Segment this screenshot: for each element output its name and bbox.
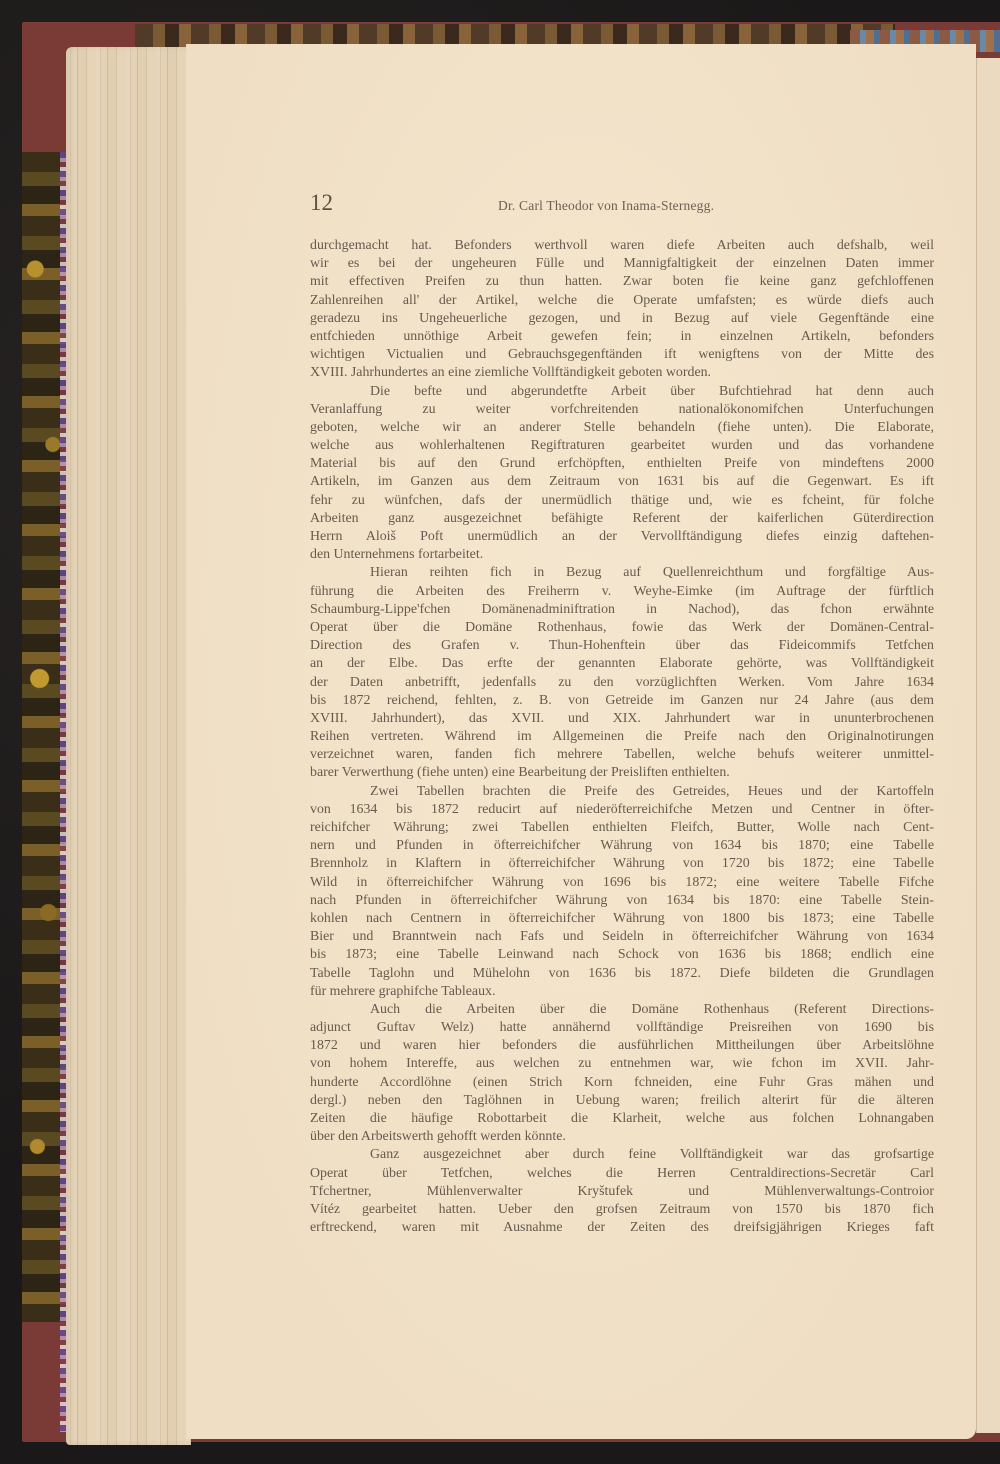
text-line: der Daten anbetrifft, jedenfalls zu den … (310, 674, 934, 692)
text-line: Tabelle Taglohn und Mühelohn von 1636 bi… (310, 965, 934, 983)
text-line: Hieran reihten fich in Bezug auf Quellen… (310, 564, 934, 582)
text-line: den Unternehmens fortarbeitet. (310, 546, 934, 564)
text-line: wir es bei der ungeheuren Fülle und Mann… (310, 255, 934, 273)
text-line: XVIII. Jahrhundert), das XVII. und XIX. … (310, 710, 934, 728)
text-line: Wild in öfterreichifcher Währung von 169… (310, 874, 934, 892)
text-line: an der Elbe. Das erfte der genannten Ela… (310, 655, 934, 673)
paragraph: Zwei Tabellen brachten die Preife des Ge… (310, 783, 934, 1001)
text-line: geboten, welche wir an anderer Stelle be… (310, 419, 934, 437)
text-line: Zeiten die häufige Robottarbeit die Klar… (310, 1110, 934, 1128)
paragraph: durchgemacht hat. Befonders werthvoll wa… (310, 237, 934, 383)
text-line: mit effectiven Preifen zu thun hatten. Z… (310, 273, 934, 291)
text-line: Operat über die Domäne Rothenhaus, fowie… (310, 619, 934, 637)
paragraph: Ganz ausgezeichnet aber durch feine Voll… (310, 1146, 934, 1237)
text-line: Ganz ausgezeichnet aber durch feine Voll… (310, 1146, 934, 1164)
text-line: barer Verwerthung (fiehe unten) eine Bea… (310, 764, 934, 782)
text-line: Direction des Grafen v. Thun-Hohenftein … (310, 637, 934, 655)
text-line: welche aus wohlerhaltenen Regiftraturen … (310, 437, 934, 455)
text-line: von 1634 bis 1872 reducirt auf niederöft… (310, 801, 934, 819)
text-line: kohlen nach Centnern in öfterreichifcher… (310, 910, 934, 928)
text-line: Arbeiten ganz ausgezeichnet befähigte Re… (310, 510, 934, 528)
text-line: Tfchertner, Mühlenverwalter Kryštufek un… (310, 1183, 934, 1201)
text-line: Reihen vertreten. Während im Allgemeinen… (310, 728, 934, 746)
text-line: XVIII. Jahrhundertes an eine ziemliche V… (310, 364, 934, 382)
text-line: verzeichnet waren, fanden fich mehrere T… (310, 746, 934, 764)
text-line: Die befte und abgerundetfte Arbeit über … (310, 383, 934, 401)
text-line: Veranlaffung zu weiter vorfchreitenden n… (310, 401, 934, 419)
adjacent-page-edge (976, 58, 1000, 1433)
text-line: bis 1872 reichend, fehlten, z. B. von Ge… (310, 692, 934, 710)
text-line: dergl.) neben den Taglöhnen in Uebung wa… (310, 1092, 934, 1110)
text-line: Herrn Aloiš Poft unermüdlich an der Verv… (310, 528, 934, 546)
text-line: hunderte Accordlöhne (einen Strich Korn … (310, 1074, 934, 1092)
paragraph: Die befte und abgerundetfte Arbeit über … (310, 383, 934, 565)
text-line: Auch die Arbeiten über die Domäne Rothen… (310, 1001, 934, 1019)
paragraph: Auch die Arbeiten über die Domäne Rothen… (310, 1001, 934, 1147)
page-number: 12 (310, 190, 333, 216)
text-line: 1872 und waren hier befonders die ausfüh… (310, 1037, 934, 1055)
text-line: entfchieden unnöthige Arbeit gewefen fei… (310, 328, 934, 346)
text-line: Brennholz in Klaftern in öfterreichifche… (310, 855, 934, 873)
page-block-fore-edge (66, 47, 191, 1445)
text-line: über den Arbeitswerth gehofft werden kön… (310, 1128, 934, 1146)
running-head: Dr. Carl Theodor von Inama-Sternegg. (498, 198, 714, 214)
text-line: bis 1873; eine Tabelle Leinwand nach Sch… (310, 946, 934, 964)
text-line: fehr zu wünfchen, dafs der unermüdlich t… (310, 492, 934, 510)
text-line: durchgemacht hat. Befonders werthvoll wa… (310, 237, 934, 255)
text-line: Material bis auf den Grund erfchöpften, … (310, 455, 934, 473)
body-text: durchgemacht hat. Befonders werthvoll wa… (310, 237, 934, 1237)
text-line: für mehrere graphifche Tableaux. (310, 983, 934, 1001)
text-line: führung die Arbeiten des Freiherrn v. We… (310, 583, 934, 601)
text-line: Schaumburg-Lippe'fchen Domänenadminiftra… (310, 601, 934, 619)
text-line: von hohem Intereffe, aus welchen zu entn… (310, 1055, 934, 1073)
text-line: nach Pfunden in öfterreichifcher Währung… (310, 892, 934, 910)
text-line: wichtigen Victualien und Gebrauchsgegenf… (310, 346, 934, 364)
text-line: Operat über Tetfchen, welches die Herren… (310, 1165, 934, 1183)
text-line: geradezu ins Ungeheuerliche gezogen, und… (310, 310, 934, 328)
text-line: Vítéz gearbeitet hatten. Ueber den grofs… (310, 1201, 934, 1219)
text-line: nern und Pfunden in öfterreichifcher Wäh… (310, 837, 934, 855)
page-header: 12 Dr. Carl Theodor von Inama-Sternegg. (310, 190, 940, 220)
text-line: Zwei Tabellen brachten die Preife des Ge… (310, 783, 934, 801)
text-line: erftreckend, waren mit Ausnahme der Zeit… (310, 1219, 934, 1237)
text-line: Bier und Branntwein nach Fafs und Seidel… (310, 928, 934, 946)
text-line: Artikeln, im Ganzen aus dem Zeitraum von… (310, 473, 934, 491)
text-line: adjunct Guftav Welz) hatte annähernd vol… (310, 1019, 934, 1037)
paragraph: Hieran reihten fich in Bezug auf Quellen… (310, 564, 934, 782)
text-line: reichifcher Währung; zwei Tabellen enthi… (310, 819, 934, 837)
text-line: Zahlenreihen all' der Artikel, welche di… (310, 292, 934, 310)
